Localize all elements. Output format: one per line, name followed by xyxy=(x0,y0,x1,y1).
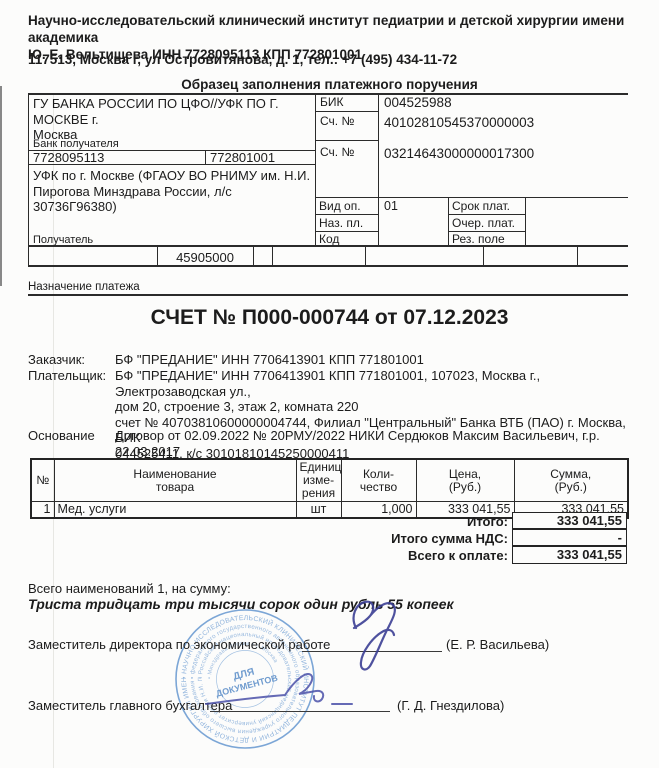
rez-pole-label: Рез. поле xyxy=(452,232,505,248)
payment-order-form-title: Образец заполнения платежного поручения xyxy=(0,77,659,93)
nds-value: - xyxy=(512,529,627,546)
vid-op-label: Вид оп. xyxy=(319,199,361,215)
srok-plat-label: Срок плат. xyxy=(452,199,510,215)
chief-accountant-name: (Г. Д. Гнездилова) xyxy=(397,698,504,714)
bik-value: 004525988 xyxy=(384,95,452,111)
recipient-bank-name: ГУ БАНКА РОССИИ ПО ЦФО//УФК ПО Г. МОСКВЕ… xyxy=(33,96,313,143)
basis-value: Договор от 02.09.2022 № 20РМУ/2022 НИКИ … xyxy=(115,428,645,459)
col-header-name: Наименование товара xyxy=(54,459,296,502)
items-table: № Наименование товара Единица изме- рени… xyxy=(30,458,629,519)
recipient-label: Получатель xyxy=(33,234,93,246)
oktmo-value: 45905000 xyxy=(157,250,253,266)
col-header-num: № xyxy=(31,459,54,502)
customer-label: Заказчик: xyxy=(28,352,85,368)
account1-label: Сч. № xyxy=(320,114,354,130)
naz-pl-label: Наз. пл. xyxy=(319,216,363,232)
col-header-qty: Коли- чество xyxy=(341,459,416,502)
account2-value: 03214643000000017300 xyxy=(384,146,534,162)
kpp-value: 772801001 xyxy=(210,150,275,166)
invoice-document: Научно-исследовательский клинический инс… xyxy=(0,0,659,768)
vid-op-value: 01 xyxy=(384,199,398,215)
col-header-unit: Единица изме- рения xyxy=(296,459,341,502)
recipient-bank-label: Банк получателя xyxy=(33,138,119,150)
payment-purpose-label: Назначение платежа xyxy=(28,281,140,293)
deputy-director-label: Заместитель директора по экономической р… xyxy=(28,637,330,653)
basis-label: Основание xyxy=(28,428,95,444)
org-address: 117513, Москва г, ул Островитянова, д. 1… xyxy=(28,52,632,68)
account2-label: Сч. № xyxy=(320,145,354,161)
account1-value: 40102810545370000003 xyxy=(384,115,534,131)
items-table-header-row: № Наименование товара Единица изме- рени… xyxy=(31,459,628,502)
deputy-director-name: (Е. Р. Васильева) xyxy=(446,637,549,653)
kod-label: Код xyxy=(319,232,339,248)
itogo-label: Итого: xyxy=(288,514,508,529)
customer-value: БФ "ПРЕДАНИЕ" ИНН 7706413901 КПП 7718010… xyxy=(115,352,645,368)
total-due-value: 333 041,55 xyxy=(512,546,627,564)
inn-value: 7728095113 xyxy=(33,150,104,166)
nds-label: Итого сумма НДС: xyxy=(288,531,508,546)
item-num: 1 xyxy=(31,502,54,519)
bik-label: БИК xyxy=(320,95,344,111)
ocher-plat-label: Очер. плат. xyxy=(452,216,515,232)
itogo-value: 333 041,55 xyxy=(512,512,627,529)
signature-2 xyxy=(200,664,400,716)
items-count-line: Всего наименований 1, на сумму: xyxy=(28,581,231,597)
total-due-label: Всего к оплате: xyxy=(288,548,508,563)
item-name: Мед. услуги xyxy=(54,502,296,519)
invoice-title: СЧЕТ № П000-000744 от 07.12.2023 xyxy=(0,310,659,326)
scan-edge-artifact xyxy=(0,86,2,286)
col-header-sum: Сумма, (Руб.) xyxy=(514,459,628,502)
payer-label: Плательщик: xyxy=(28,368,106,384)
col-header-price: Цена, (Руб.) xyxy=(416,459,514,502)
recipient-name: УФК по г. Москве (ФГАОУ ВО РНИМУ им. Н.И… xyxy=(33,168,313,215)
